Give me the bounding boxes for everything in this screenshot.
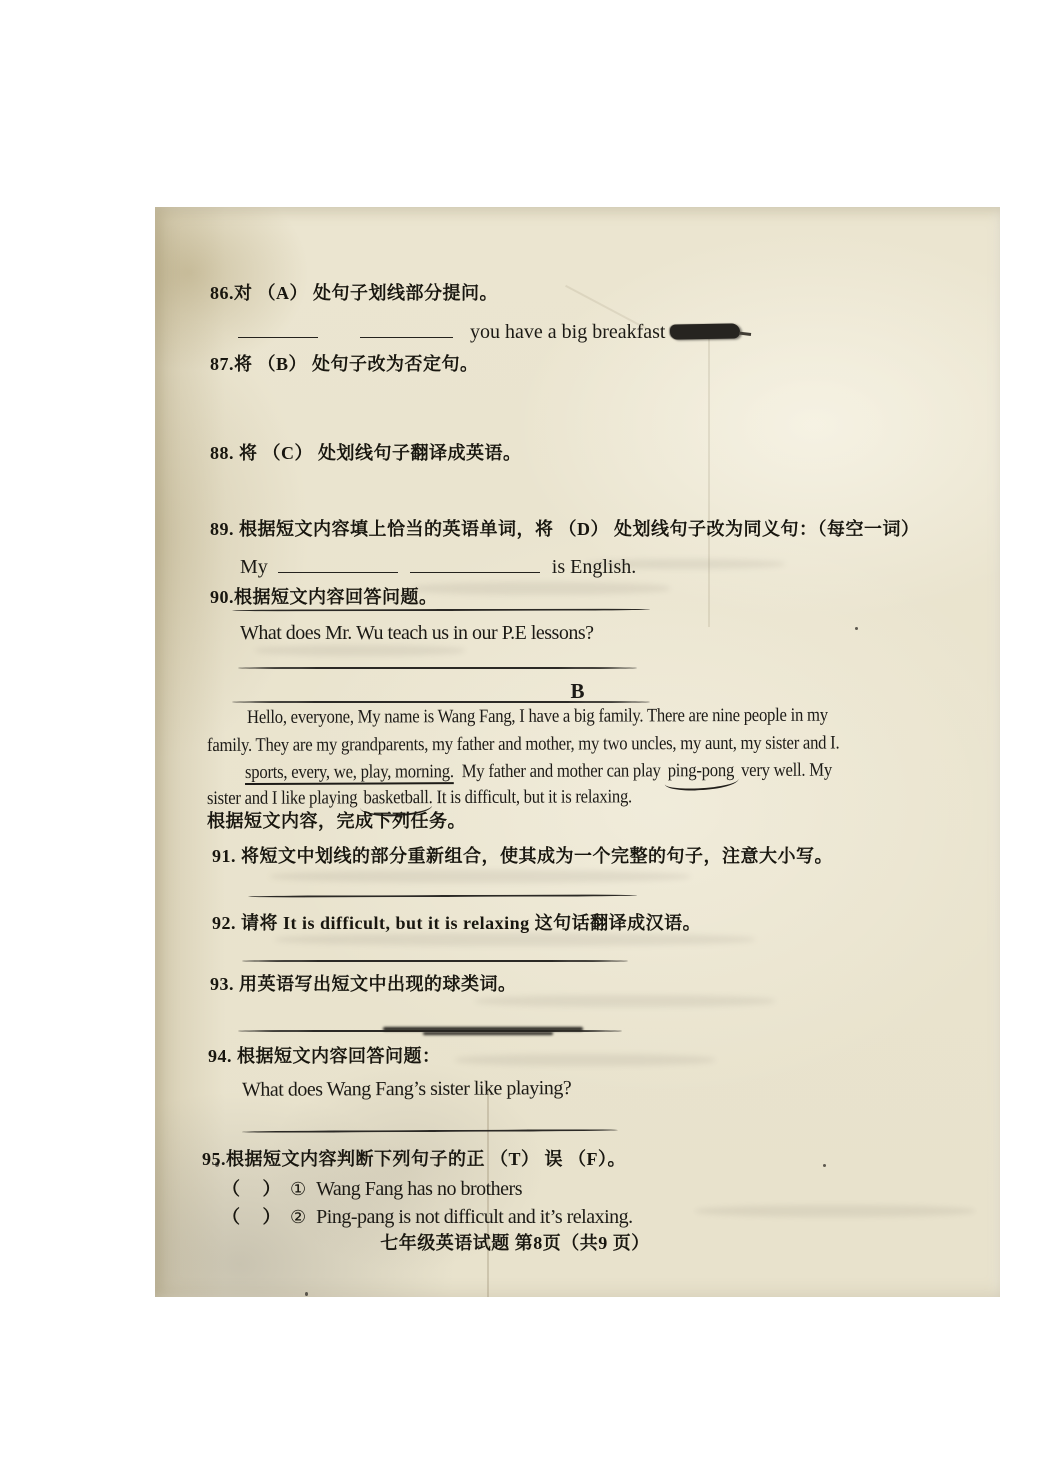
question-89-answer-row: Myis English. <box>240 553 636 582</box>
question-90-label: 90.根据短文内容回答问题。 <box>210 584 438 610</box>
answer-blank <box>238 318 318 338</box>
question-86-answer-text: you have a big breakfast <box>470 321 665 343</box>
passage-line-3-mid: My father and mother can play <box>462 760 661 782</box>
bleedthrough-smudge <box>695 1205 975 1217</box>
passage-line-4-start: sister and I like playing <box>207 787 357 809</box>
answer-line <box>248 894 637 897</box>
question-94-question: What does Wang Fang’s sister like playin… <box>242 1075 571 1103</box>
open-paren: （ <box>222 1179 241 1199</box>
scrambled-words-underlined: sports, every, we, play, morning. <box>245 761 454 783</box>
passage-line-3: sports, every, we, play, morning.My fath… <box>245 760 912 786</box>
answer-line-smudged <box>238 1030 622 1032</box>
basketball-marked-word: basketball <box>363 787 428 808</box>
open-paren: （ <box>222 1207 241 1227</box>
answer-blank <box>360 318 453 338</box>
ink-speck <box>855 627 858 630</box>
answer-prefix: My <box>240 556 268 578</box>
true-false-item-2: （）②Ping-pang is not difficult and it’s r… <box>222 1204 633 1232</box>
question-90-text: 90.根据短文内容回答问题。 <box>210 587 438 607</box>
question-93-label: 93. 用英语写出短文中出现的球类词。 <box>210 971 517 997</box>
question-89-label: 89. 根据短文内容填上恰当的英语单词，将 （D） 处划线句子改为同义句：（每空… <box>210 516 920 542</box>
question-88-label: 88. 将 （C） 处划线句子翻译成英语。 <box>210 440 522 466</box>
exam-paper-sheet: 86.对 （A） 处句子划线部分提问。 you have a big break… <box>155 207 1000 1297</box>
answer-blank <box>410 553 540 573</box>
bleedthrough-smudge <box>255 645 465 656</box>
question-86-text: 86.对 （A） 处句子划线部分提问。 <box>210 283 498 303</box>
question-88-text: 88. 将 （C） 处划线句子翻译成英语。 <box>210 443 522 463</box>
question-87-label: 87.将 （B） 处句子改为否定句。 <box>210 351 479 377</box>
redaction-scribble <box>670 323 740 339</box>
passage-line-2: family. They are my grandparents, my fat… <box>207 733 926 759</box>
passage-section-heading: B <box>155 678 1000 704</box>
answer-line <box>238 667 637 669</box>
bleedthrough-smudge <box>270 870 690 883</box>
page-footer: 七年级英语试题 第8页（共9 页） <box>380 1230 650 1256</box>
circled-number-2: ② <box>290 1207 306 1228</box>
ink-speck <box>305 1292 308 1296</box>
passage-line-4-end: . It is difficult, but it is relaxing. <box>429 786 632 808</box>
bleedthrough-smudge <box>455 1054 715 1066</box>
bleedthrough-smudge <box>475 995 775 1007</box>
paper-crease <box>708 327 710 627</box>
passage-line-2-text: family. They are my grandparents, my fat… <box>207 730 839 759</box>
question-86-label: 86.对 （A） 处句子划线部分提问。 <box>210 280 498 306</box>
answer-blank <box>278 553 398 573</box>
circled-number-1: ① <box>290 1179 306 1200</box>
passage-task-note: 根据短文内容，完成下列任务。 <box>207 808 466 834</box>
answer-suffix: is English. <box>552 556 636 578</box>
question-94-label: 94. 根据短文内容回答问题： <box>208 1043 441 1069</box>
statement-2-text: Ping-pang is not difficult and it’s rela… <box>316 1206 633 1228</box>
question-90-question: What does Mr. Wu teach us in our P.E les… <box>240 620 594 646</box>
question-86-answer-row: you have a big breakfast <box>238 318 740 347</box>
close-paren: ） <box>263 1179 282 1199</box>
question-95-label: 95.根据短文内容判断下列句子的正 （T） 误 （F）。 <box>202 1146 626 1172</box>
question-87-text: 87.将 （B） 处句子改为否定句。 <box>210 354 479 374</box>
passage-line-1-text: Hello, everyone, My name is Wang Fang, I… <box>247 703 828 731</box>
scan-smear <box>423 1032 553 1035</box>
passage-line-3-end: very well. My <box>741 760 832 781</box>
ink-speck <box>823 1164 826 1167</box>
answer-line <box>242 1129 618 1133</box>
question-92-label: 92. 请将 It is difficult, but it is relaxi… <box>212 910 701 936</box>
question-91-label: 91. 将短文中划线的部分重新组合，使其成为一个完整的句子，注意大小写。 <box>212 843 833 869</box>
bleedthrough-smudge <box>410 582 670 595</box>
scan-smear <box>383 1027 583 1031</box>
scanned-exam-page: 86.对 （A） 处句子划线部分提问。 you have a big break… <box>0 0 1042 1474</box>
statement-1-text: Wang Fang has no brothers <box>316 1178 522 1200</box>
true-false-item-1: （）①Wang Fang has no brothers <box>222 1176 522 1204</box>
ping-pong-marked-word: ping-pong <box>668 760 734 781</box>
question-89-text: 89. 根据短文内容填上恰当的英语单词，将 （D） 处划线句子改为同义句：（每空… <box>210 519 920 539</box>
answer-line <box>242 960 628 962</box>
passage-line-1: Hello, everyone, My name is Wang Fang, I… <box>247 705 907 731</box>
close-paren: ） <box>263 1207 282 1227</box>
